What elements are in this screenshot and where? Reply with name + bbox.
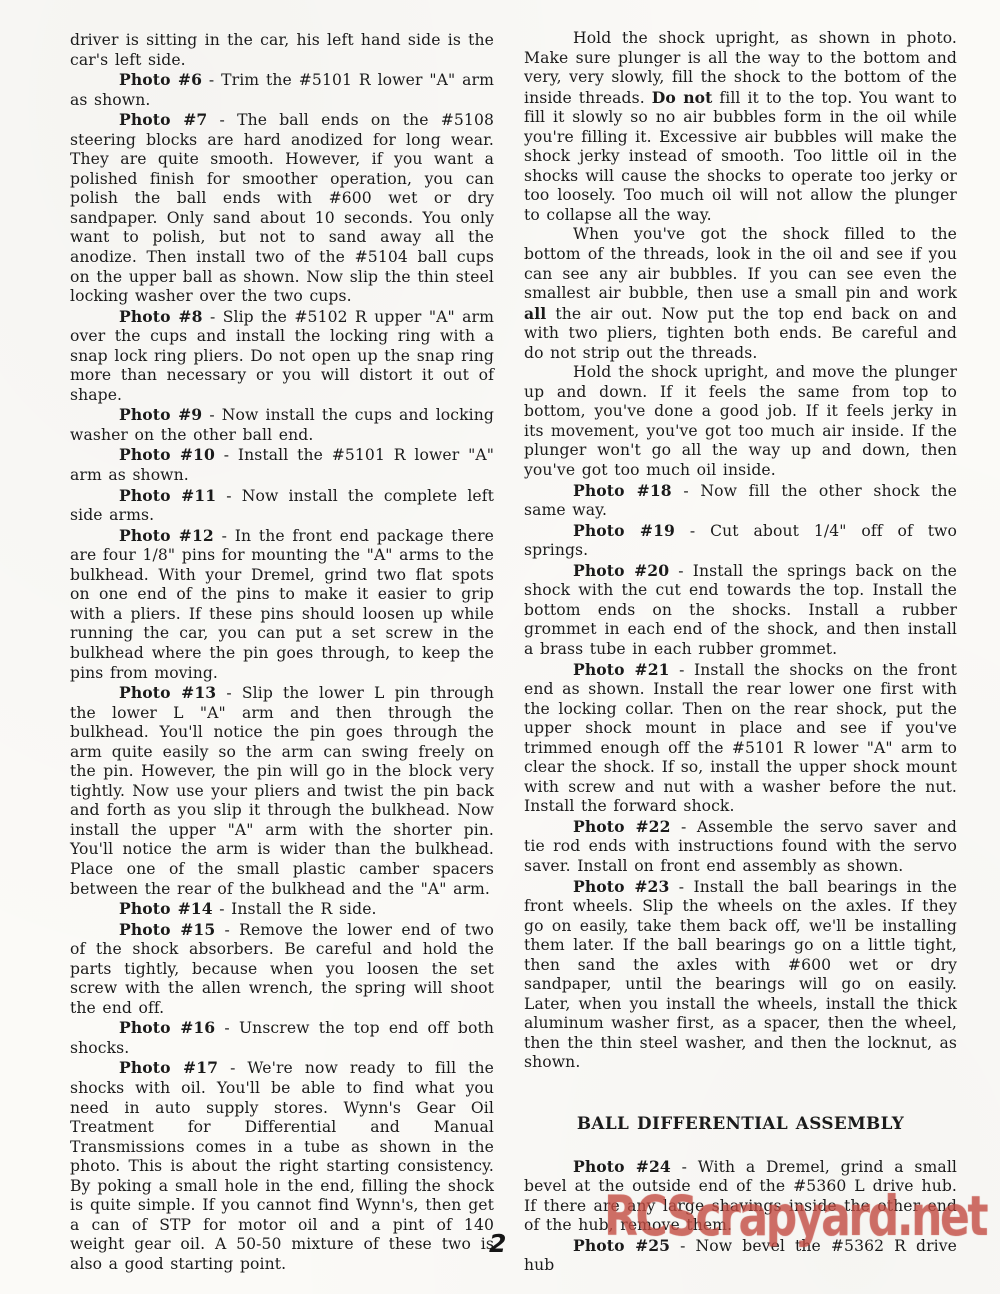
section-heading: BALL DIFFERENTIAL ASSEMBLY <box>524 1114 957 1134</box>
paragraph: Photo #22 - Assemble the servo saver and… <box>524 817 957 877</box>
paragraph: Photo #20 - Install the springs back on … <box>524 561 957 660</box>
text-column-left: driver is sitting in the car, his left h… <box>70 31 494 1274</box>
paragraph: Hold the shock upright, and move the plu… <box>524 363 957 480</box>
paragraph: Photo #15 - Remove the lower end of two … <box>70 920 494 1019</box>
paragraph: Photo #19 - Cut about 1/4" off of two sp… <box>524 521 957 561</box>
paragraph: Photo #17 - We're now ready to fill the … <box>70 1058 494 1274</box>
paragraph: Photo #11 - Now install the complete lef… <box>70 486 494 526</box>
paragraph: Photo #6 - Trim the #5101 R lower "A" ar… <box>70 70 494 110</box>
paragraph: Photo #9 - Now install the cups and lock… <box>70 405 494 445</box>
paragraph: Photo #10 - Install the #5101 R lower "A… <box>70 445 494 485</box>
paragraph: Photo #18 - Now fill the other shock the… <box>524 481 957 521</box>
paragraph: Hold the shock upright, as shown in phot… <box>524 29 957 225</box>
watermark-text: RCScrapyard.net <box>604 1184 986 1248</box>
paragraph: Photo #8 - Slip the #5102 R upper "A" ar… <box>70 307 494 406</box>
paragraph: Photo #13 - Slip the lower L pin through… <box>70 683 494 899</box>
page-number: 2 <box>489 1229 506 1258</box>
paragraph: Photo #21 - Install the shocks on the fr… <box>524 660 957 817</box>
paragraph: driver is sitting in the car, his left h… <box>70 31 494 70</box>
text-column-right: Hold the shock upright, as shown in phot… <box>524 29 957 1276</box>
paragraph: Photo #7 - The ball ends on the #5108 st… <box>70 110 494 306</box>
paragraph: Photo #23 - Install the ball bearings in… <box>524 877 957 1073</box>
paragraph: Photo #14 - Install the R side. <box>70 899 494 920</box>
paragraph: When you've got the shock filled to the … <box>524 225 957 363</box>
paragraph: Photo #16 - Unscrew the top end off both… <box>70 1018 494 1058</box>
manual-page: driver is sitting in the car, his left h… <box>0 0 1000 1294</box>
paragraph: Photo #12 - In the front end package the… <box>70 526 494 683</box>
